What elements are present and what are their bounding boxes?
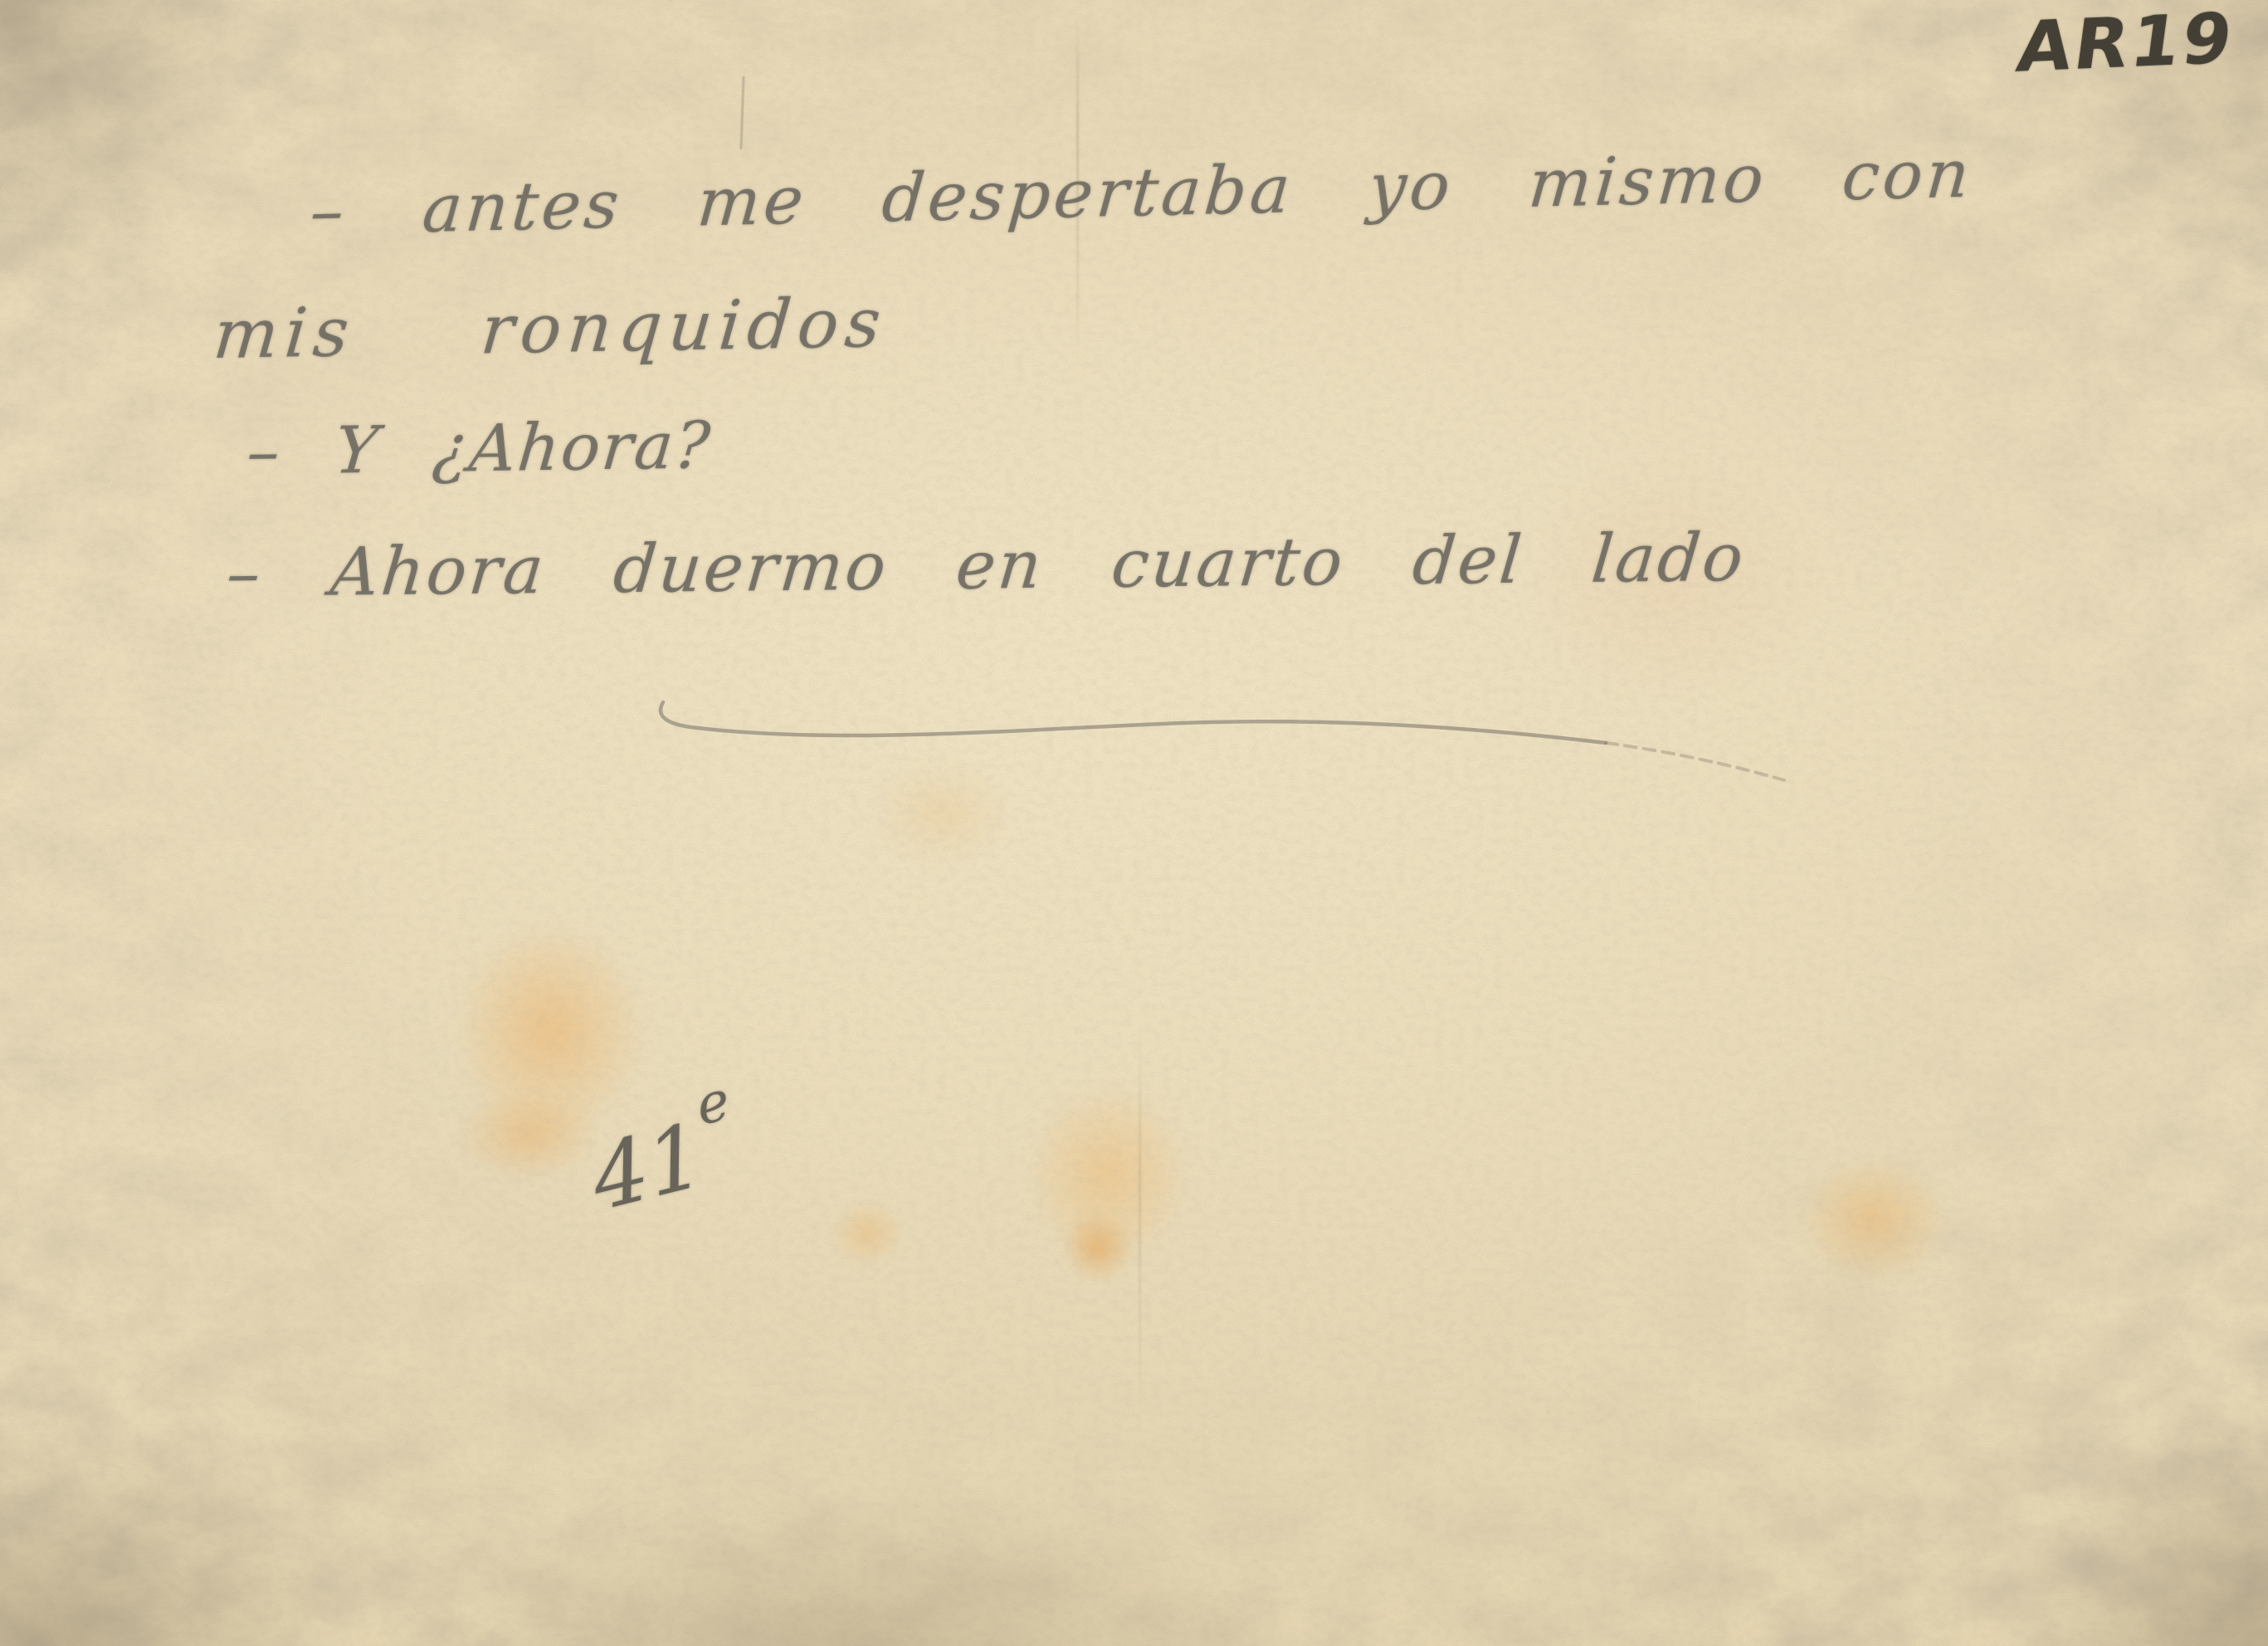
number-annotation: 41e — [585, 1096, 743, 1231]
number-superscript: e — [692, 1067, 734, 1137]
paper-crease-mark — [739, 76, 744, 149]
handwritten-line-2: mis ronquidos — [211, 284, 890, 374]
paper-stain-right — [1797, 1155, 1979, 1297]
archive-code: AR19 — [2012, 0, 2239, 88]
handwritten-line-1: – antes me despertaba yo mismo con — [307, 135, 1975, 251]
paper-stain-center-core — [1062, 1212, 1134, 1283]
paper-stain-small — [830, 1199, 905, 1266]
paper-sheet: – antes me despertaba yo mismo con mis r… — [0, 0, 2268, 1646]
handwritten-line-4: – Ahora duermo en cuarto del lado — [223, 519, 1749, 612]
paper-stain-center — [1025, 1083, 1191, 1299]
paper-crease-bottom — [1139, 1021, 1141, 1411]
number-base: 41 — [585, 1103, 711, 1231]
handwritten-line-3: – Y ¿Ahora? — [244, 408, 715, 490]
paper-stain-faint-upper — [871, 760, 1012, 867]
